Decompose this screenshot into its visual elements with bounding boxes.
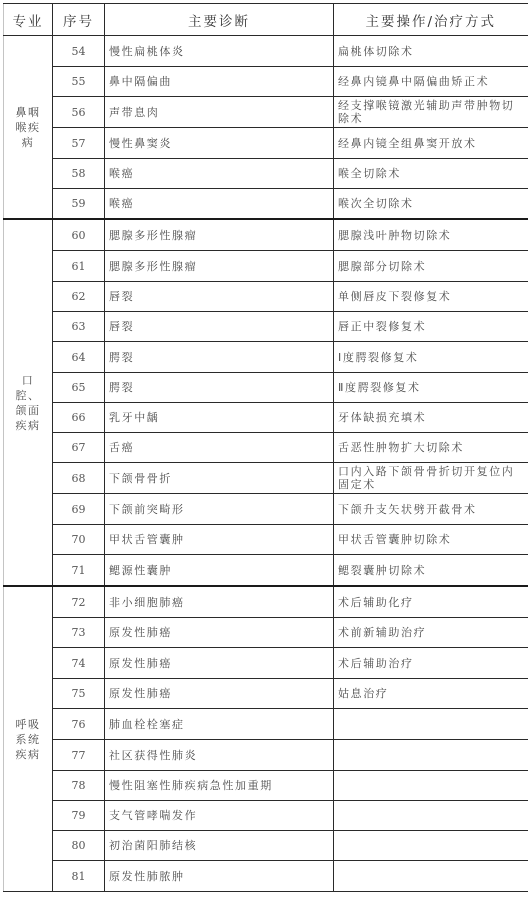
diagnosis-cell: 肺血栓栓塞症 <box>105 709 334 740</box>
specialty-cell-ent: 鼻咽喉疾病 <box>4 36 53 220</box>
diagnosis-cell: 喉癌 <box>105 189 334 220</box>
diagnosis-cell: 唇裂 <box>105 282 334 312</box>
table-row: 59 喉癌 喉次全切除术 <box>4 189 528 220</box>
treatment-cell: 经鼻内镜全组鼻窦开放术 <box>334 128 528 159</box>
diagnosis-cell: 声带息肉 <box>105 97 334 128</box>
table-row: 71 鳃源性囊肿 鳃裂囊肿切除术 <box>4 555 528 587</box>
treatment-cell: 鳃裂囊肿切除术 <box>334 555 528 587</box>
diagnosis-cell: 腭裂 <box>105 342 334 373</box>
row-number: 78 <box>53 771 105 801</box>
table-row: 62 唇裂 单侧唇皮下裂修复术 <box>4 282 528 312</box>
table-row: 呼吸系统疾病 72 非小细胞肺癌 术后辅助化疗 <box>4 586 528 618</box>
table-row: 70 甲状舌管囊肿 甲状舌管囊肿切除术 <box>4 525 528 555</box>
row-number: 73 <box>53 618 105 648</box>
row-number: 68 <box>53 463 105 494</box>
treatment-cell: 牙体缺损充填术 <box>334 403 528 433</box>
row-number: 59 <box>53 189 105 220</box>
row-number: 80 <box>53 831 105 861</box>
diagnosis-cell: 乳牙中龋 <box>105 403 334 433</box>
treatment-cell: 扁桃体切除术 <box>334 36 528 67</box>
table-row: 76 肺血栓栓塞症 <box>4 709 528 740</box>
table-row: 55 鼻中隔偏曲 经鼻内镜鼻中隔偏曲矫正术 <box>4 67 528 97</box>
table-row: 65 腭裂 Ⅱ度腭裂修复术 <box>4 373 528 403</box>
header-number: 序号 <box>53 4 105 36</box>
treatment-cell: Ⅱ度腭裂修复术 <box>334 373 528 403</box>
row-number: 63 <box>53 312 105 342</box>
row-number: 54 <box>53 36 105 67</box>
diagnosis-cell: 腮腺多形性腺瘤 <box>105 219 334 251</box>
diagnosis-cell: 唇裂 <box>105 312 334 342</box>
table-row: 鼻咽喉疾病 54 慢性扁桃体炎 扁桃体切除术 <box>4 36 528 67</box>
diagnosis-treatment-table: 专业 序号 主要诊断 主要操作/治疗方式 鼻咽喉疾病 54 慢性扁桃体炎 扁桃体… <box>3 3 528 892</box>
row-number: 58 <box>53 159 105 189</box>
diagnosis-cell: 初治菌阳肺结核 <box>105 831 334 861</box>
diagnosis-cell: 社区获得性肺炎 <box>105 740 334 771</box>
row-number: 55 <box>53 67 105 97</box>
row-number: 56 <box>53 97 105 128</box>
treatment-cell: 喉全切除术 <box>334 159 528 189</box>
row-number: 61 <box>53 251 105 282</box>
treatment-cell <box>334 771 528 801</box>
row-number: 79 <box>53 801 105 831</box>
table-row: 69 下颌前突畸形 下颌升支矢状劈开截骨术 <box>4 494 528 525</box>
treatment-cell: 术前新辅助治疗 <box>334 618 528 648</box>
row-number: 69 <box>53 494 105 525</box>
diagnosis-cell: 原发性肺癌 <box>105 618 334 648</box>
table-row: 57 慢性鼻窦炎 经鼻内镜全组鼻窦开放术 <box>4 128 528 159</box>
row-number: 76 <box>53 709 105 740</box>
treatment-cell: 甲状舌管囊肿切除术 <box>334 525 528 555</box>
header-row: 专业 序号 主要诊断 主要操作/治疗方式 <box>4 4 528 36</box>
treatment-cell: 术后辅助化疗 <box>334 586 528 618</box>
table-row: 64 腭裂 Ⅰ度腭裂修复术 <box>4 342 528 373</box>
row-number: 77 <box>53 740 105 771</box>
row-number: 66 <box>53 403 105 433</box>
table-row: 58 喉癌 喉全切除术 <box>4 159 528 189</box>
row-number: 70 <box>53 525 105 555</box>
diagnosis-cell: 非小细胞肺癌 <box>105 586 334 618</box>
row-number: 75 <box>53 679 105 709</box>
treatment-cell: 舌恶性肿物扩大切除术 <box>334 433 528 463</box>
diagnosis-cell: 支气管哮喘发作 <box>105 801 334 831</box>
table-row: 73 原发性肺癌 术前新辅助治疗 <box>4 618 528 648</box>
treatment-cell <box>334 801 528 831</box>
table-row: 61 腮腺多形性腺瘤 腮腺部分切除术 <box>4 251 528 282</box>
diagnosis-cell: 原发性肺癌 <box>105 648 334 679</box>
treatment-cell: 经支撑喉镜激光辅助声带肿物切除术 <box>334 97 528 128</box>
table-row: 63 唇裂 唇正中裂修复术 <box>4 312 528 342</box>
treatment-cell: 术后辅助治疗 <box>334 648 528 679</box>
treatment-cell: 经鼻内镜鼻中隔偏曲矫正术 <box>334 67 528 97</box>
row-number: 65 <box>53 373 105 403</box>
table-row: 79 支气管哮喘发作 <box>4 801 528 831</box>
treatment-cell <box>334 740 528 771</box>
row-number: 74 <box>53 648 105 679</box>
diagnosis-cell: 喉癌 <box>105 159 334 189</box>
row-number: 67 <box>53 433 105 463</box>
treatment-cell: 腮腺部分切除术 <box>334 251 528 282</box>
diagnosis-cell: 慢性阻塞性肺疾病急性加重期 <box>105 771 334 801</box>
diagnosis-cell: 甲状舌管囊肿 <box>105 525 334 555</box>
diagnosis-cell: 鼻中隔偏曲 <box>105 67 334 97</box>
header-treatment: 主要操作/治疗方式 <box>334 4 528 36</box>
treatment-cell: Ⅰ度腭裂修复术 <box>334 342 528 373</box>
specialty-cell-respiratory: 呼吸系统疾病 <box>4 586 53 892</box>
table-row: 68 下颌骨骨折 口内入路下颌骨骨折切开复位内固定术 <box>4 463 528 494</box>
treatment-cell: 下颌升支矢状劈开截骨术 <box>334 494 528 525</box>
diagnosis-cell: 下颌前突畸形 <box>105 494 334 525</box>
specialty-cell-oral: 口腔、颌面疾病 <box>4 219 53 586</box>
treatment-cell: 腮腺浅叶肿物切除术 <box>334 219 528 251</box>
treatment-cell <box>334 861 528 892</box>
diagnosis-cell: 鳃源性囊肿 <box>105 555 334 587</box>
table-row: 口腔、颌面疾病 60 腮腺多形性腺瘤 腮腺浅叶肿物切除术 <box>4 219 528 251</box>
diagnosis-cell: 腭裂 <box>105 373 334 403</box>
row-number: 71 <box>53 555 105 587</box>
row-number: 60 <box>53 219 105 251</box>
diagnosis-cell: 原发性肺癌 <box>105 679 334 709</box>
diagnosis-cell: 舌癌 <box>105 433 334 463</box>
table-row: 77 社区获得性肺炎 <box>4 740 528 771</box>
treatment-cell: 口内入路下颌骨骨折切开复位内固定术 <box>334 463 528 494</box>
diagnosis-cell: 下颌骨骨折 <box>105 463 334 494</box>
treatment-cell: 唇正中裂修复术 <box>334 312 528 342</box>
diagnosis-cell: 慢性扁桃体炎 <box>105 36 334 67</box>
treatment-cell <box>334 709 528 740</box>
table-row: 56 声带息肉 经支撑喉镜激光辅助声带肿物切除术 <box>4 97 528 128</box>
table-row: 74 原发性肺癌 术后辅助治疗 <box>4 648 528 679</box>
row-number: 72 <box>53 586 105 618</box>
row-number: 64 <box>53 342 105 373</box>
diagnosis-cell: 慢性鼻窦炎 <box>105 128 334 159</box>
table-row: 67 舌癌 舌恶性肿物扩大切除术 <box>4 433 528 463</box>
table-row: 75 原发性肺癌 姑息治疗 <box>4 679 528 709</box>
treatment-cell: 单侧唇皮下裂修复术 <box>334 282 528 312</box>
treatment-cell: 喉次全切除术 <box>334 189 528 220</box>
table-row: 78 慢性阻塞性肺疾病急性加重期 <box>4 771 528 801</box>
treatment-cell: 姑息治疗 <box>334 679 528 709</box>
diagnosis-cell: 腮腺多形性腺瘤 <box>105 251 334 282</box>
table-row: 81 原发性肺脓肿 <box>4 861 528 892</box>
row-number: 81 <box>53 861 105 892</box>
table-row: 80 初治菌阳肺结核 <box>4 831 528 861</box>
treatment-cell <box>334 831 528 861</box>
diagnosis-cell: 原发性肺脓肿 <box>105 861 334 892</box>
header-diagnosis: 主要诊断 <box>105 4 334 36</box>
row-number: 62 <box>53 282 105 312</box>
row-number: 57 <box>53 128 105 159</box>
table-row: 66 乳牙中龋 牙体缺损充填术 <box>4 403 528 433</box>
header-specialty: 专业 <box>4 4 53 36</box>
